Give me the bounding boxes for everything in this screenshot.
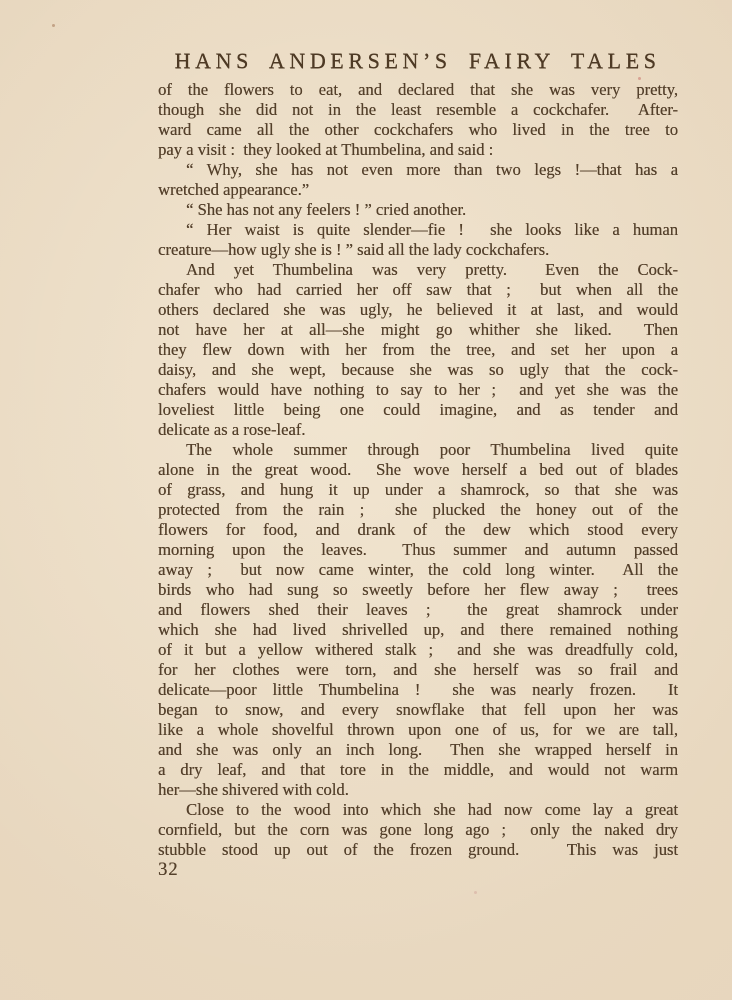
text-line: and flowers shed their leaves ; the grea…	[158, 600, 678, 620]
text-line: cornfield, but the corn was gone long ag…	[158, 820, 678, 840]
text-line: alone in the great wood. She wove hersel…	[158, 460, 678, 480]
text-line: others declared she was ugly, he believe…	[158, 300, 678, 320]
text-line: The whole summer through poor Thumbelina…	[158, 440, 678, 460]
page-number: 32	[158, 860, 179, 881]
text-line: they flew down with her from the tree, a…	[158, 340, 678, 360]
text-line: “ Her waist is quite slender—fie ! she l…	[158, 220, 678, 240]
text-line: creature—how ugly she is ! ” said all th…	[158, 240, 678, 260]
text-line: ward came all the other cockchafers who …	[158, 120, 678, 140]
book-page: HANS ANDERSEN’S FAIRY TALES of the flowe…	[0, 0, 732, 1000]
text-line: “ She has not any feelers ! ” cried anot…	[158, 200, 678, 220]
text-line: delicate as a rose-leaf.	[158, 420, 678, 440]
text-line: delicate—poor little Thumbelina ! she wa…	[158, 680, 678, 700]
text-line: not have her at all—she might go whither…	[158, 320, 678, 340]
text-line: a dry leaf, and that tore in the middle,…	[158, 760, 678, 780]
text-line: protected from the rain ; she plucked th…	[158, 500, 678, 520]
text-line: And yet Thumbelina was very pretty. Even…	[158, 260, 678, 280]
paper-speck	[474, 891, 477, 894]
text-line: of it but a yellow withered stalk ; and …	[158, 640, 678, 660]
text-line: though she did not in the least resemble…	[158, 100, 678, 120]
text-line: birds who had sung so sweetly before her…	[158, 580, 678, 600]
text-line: for her clothes were torn, and she herse…	[158, 660, 678, 680]
text-line: chafer who had carried her off saw that …	[158, 280, 678, 300]
text-line: wretched appearance.”	[158, 180, 678, 200]
text-line: pay a visit : they looked at Thumbelina,…	[158, 140, 678, 160]
text-line: of the flowers to eat, and declared that…	[158, 80, 678, 100]
text-line: loveliest little being one could imagine…	[158, 400, 678, 420]
text-line: chafers would have nothing to say to her…	[158, 380, 678, 400]
text-line: like a whole shovelful thrown upon one o…	[158, 720, 678, 740]
text-line: which she had lived shrivelled up, and t…	[158, 620, 678, 640]
text-line: stubble stood up out of the frozen groun…	[158, 840, 678, 860]
text-line: away ; but now came winter, the cold lon…	[158, 560, 678, 580]
text-block: of the flowers to eat, and declared that…	[158, 80, 678, 860]
text-line: “ Why, she has not even more than two le…	[158, 160, 678, 180]
text-line: Close to the wood into which she had now…	[158, 800, 678, 820]
text-line: of grass, and hung it up under a shamroc…	[158, 480, 678, 500]
text-line: morning upon the leaves. Thus summer and…	[158, 540, 678, 560]
running-head: HANS ANDERSEN’S FAIRY TALES	[157, 49, 678, 73]
text-line: flowers for food, and drank of the dew w…	[158, 520, 678, 540]
text-line: and she was only an inch long. Then she …	[158, 740, 678, 760]
paper-speck	[52, 24, 55, 27]
text-line: her—she shivered with cold.	[158, 780, 678, 800]
text-line: daisy, and she wept, because she was so …	[158, 360, 678, 380]
text-line: began to snow, and every snowflake that …	[158, 700, 678, 720]
